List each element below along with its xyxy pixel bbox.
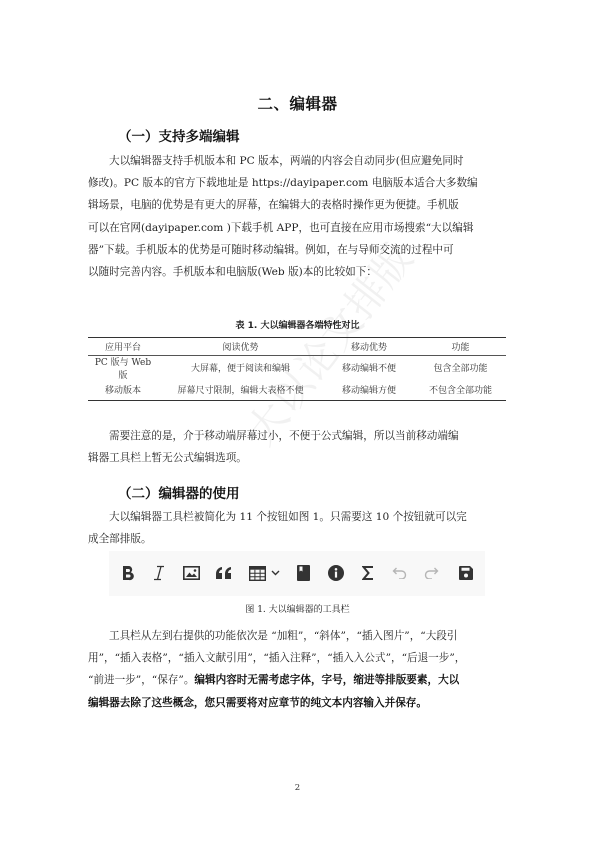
insert-table-button[interactable] [247,563,267,583]
italic-button[interactable] [150,563,168,583]
text-line: “前进一步”，“保存”。编辑内容时无需考虑字体，字号，缩进等排版要素，大以 [88,669,508,691]
text-line: 工具栏从左到右提供的功能依次是 “加粗”，“斜体”，“插入图片”，“大段引 [88,625,508,647]
table-row: 移动版本 屏幕尺寸限制，编辑大表格不便 移动编辑方便 不包含全部功能 [88,384,506,401]
text-line: 以随时完善内容。手机版本和电脑版(Web 版)本的比较如下： [88,261,508,283]
text-line: 大以编辑器工具栏被简化为 11 个按钮如图 1。只需要这 10 个按钮就可以完 [88,506,508,528]
image-icon [183,566,200,580]
subsection-heading-2: （二）编辑器的使用 [118,482,240,502]
subsection-heading-1: （一）支持多端编辑 [118,125,240,145]
text-line: 辑场景，电脑的优势是有更大的屏幕，在编辑大的表格时操作更为便捷。手机版 [88,194,508,216]
bold-text-segment: 编辑内容时无需考虑字体，字号，缩进等排版要素，大以 [194,674,459,686]
table-icon [249,566,266,581]
bold-button[interactable] [119,563,137,583]
comparison-table: 应用平台 阅读优势 移动优势 功能 PC 版与 Web 版 大屏幕，便于阅读和编… [88,337,506,401]
table-cell: 大屏幕，便于阅读和编辑 [158,356,323,384]
table-row: PC 版与 Web 版 大屏幕，便于阅读和编辑 移动编辑不便 包含全部功能 [88,356,506,384]
text-line: 器”下载。手机版本的优势是可随时移动编辑。例如，在与导师交流的过程中可 [88,239,508,261]
paragraph-mobile-note: 需要注意的是，介于移动端屏幕过小，不便于公式编辑，所以当前移动端编 辑器工具栏上… [88,425,508,469]
section-heading: 二、编辑器 [0,92,595,114]
table-header-cell: 功能 [415,338,506,356]
text-line: 成全部排版。 [88,528,508,550]
paragraph-toolbar-intro: 大以编辑器工具栏被简化为 11 个按钮如图 1。只需要这 10 个按钮就可以完 … [88,506,508,550]
insert-note-button[interactable] [327,563,345,583]
table-header-row: 应用平台 阅读优势 移动优势 功能 [88,338,506,356]
blockquote-button[interactable] [214,563,234,583]
table-cell: 移动编辑方便 [323,384,415,401]
text-line: 辑器工具栏上暂无公式编辑选项。 [88,447,508,469]
table-cell: 移动编辑不便 [323,356,415,384]
insert-citation-button[interactable] [295,563,311,583]
chevron-down-icon [271,570,280,576]
text-line: 用”，“插入表格”，“插入文献引用”，“插入注释”，“插入入公式”，“后退一步”… [88,647,508,669]
figure-caption: 图 1. 大以编辑器的工具栏 [0,602,595,615]
paragraph-toolbar-functions: 工具栏从左到右提供的功能依次是 “加粗”，“斜体”，“插入图片”，“大段引 用”… [88,625,508,714]
table-header-cell: 应用平台 [88,338,158,356]
text-line: 需要注意的是，介于移动端屏幕过小，不便于公式编辑，所以当前移动端编 [88,425,508,447]
text-segment: “前进一步”，“保存”。 [88,674,194,686]
editor-toolbar [109,551,485,596]
bold-icon [121,565,135,581]
table-cell: 不包含全部功能 [415,384,506,401]
text-line: 可以在官网(dayipaper.com )下载手机 APP，也可直接在应用市场搜… [88,217,508,239]
book-icon [297,565,310,581]
page-number: 2 [0,783,595,793]
sigma-icon [362,566,374,580]
undo-icon [392,567,407,579]
save-icon [459,566,473,580]
text-line: 大以编辑器支持手机版本和 PC 版本，两端的内容会自动同步(但应避免同时 [88,150,508,172]
italic-icon [153,565,165,581]
table-cell: PC 版与 Web 版 [88,356,158,384]
info-icon [328,565,344,581]
paragraph-multi-platform: 大以编辑器支持手机版本和 PC 版本，两端的内容会自动同步(但应避免同时 修改)… [88,150,508,283]
text-line: 修改)。PC 版本的官方下载地址是 https://dayipaper.com … [88,172,508,194]
redo-icon [424,567,439,579]
table-dropdown-button[interactable] [269,563,281,583]
bold-text-line: 编辑器去除了这些概念，您只需要将对应章节的纯文本内容输入并保存。 [88,692,508,714]
save-button[interactable] [458,563,474,583]
table-cell: 屏幕尺寸限制，编辑大表格不便 [158,384,323,401]
table-cell: 包含全部功能 [415,356,506,384]
table-header-cell: 移动优势 [323,338,415,356]
table-cell: 移动版本 [88,384,158,401]
insert-image-button[interactable] [181,563,201,583]
table-header-cell: 阅读优势 [158,338,323,356]
insert-formula-button[interactable] [360,563,376,583]
undo-button[interactable] [390,563,408,583]
table-caption: 表 1. 大以编辑器各端特性对比 [0,318,595,331]
quote-icon [216,567,232,579]
redo-button[interactable] [422,563,440,583]
